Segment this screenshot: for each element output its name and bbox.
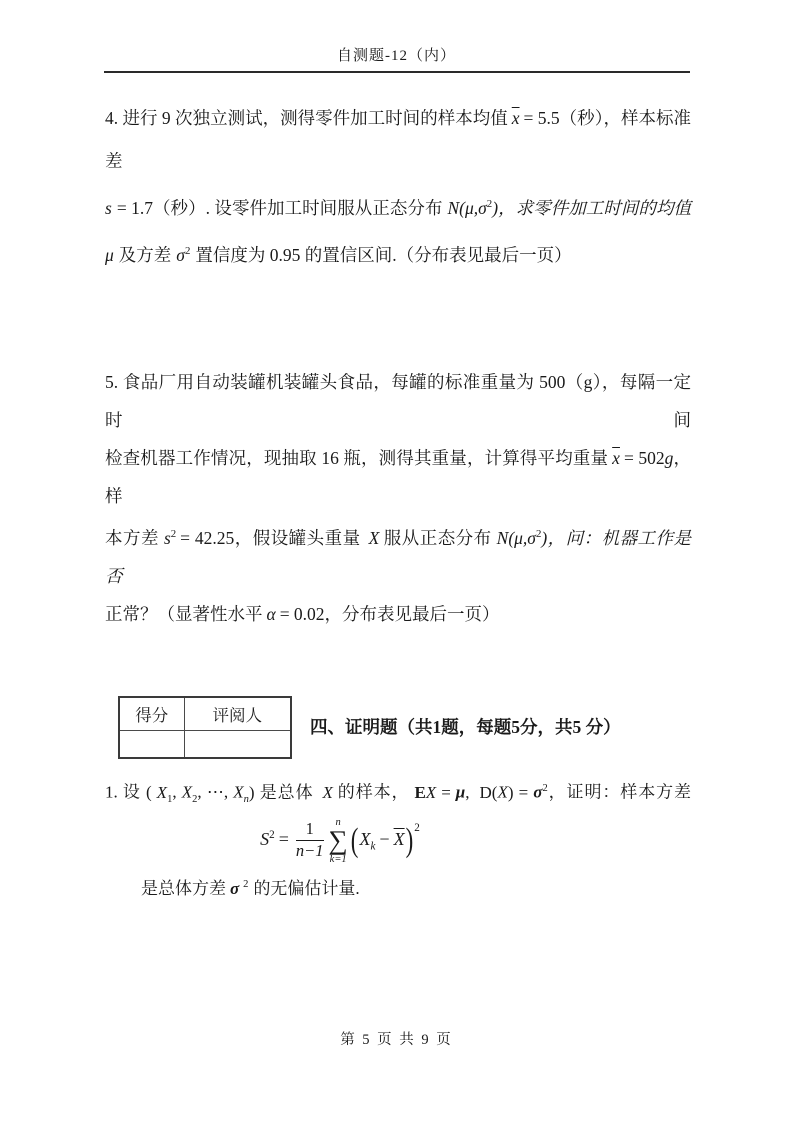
math-mu: μ: [105, 245, 114, 265]
text-run: ,: [465, 783, 469, 802]
math-X: X: [322, 783, 332, 802]
math-mu: μ: [456, 783, 465, 802]
page-footer: 第 5 页 共 9 页: [0, 1028, 793, 1049]
sigma-sum-icon: ∑: [329, 828, 348, 854]
score-label-cell: 得分: [119, 697, 184, 730]
math-superscript: 2: [414, 822, 420, 834]
reviewer-value-cell: [184, 730, 291, 758]
math-xbar: X: [394, 829, 405, 849]
text-run: = 0.02，分布表见最后一页）: [280, 604, 500, 624]
math-s: s: [164, 528, 171, 548]
math-subscript: k: [370, 841, 375, 853]
math-s: s: [105, 198, 112, 218]
text-line: 4. 进行 9 次独立测试，测得零件加工时间的样本均值x= 5.5（秒），样本标…: [105, 97, 691, 183]
question-4: 4. 进行 9 次独立测试，测得零件加工时间的样本均值x= 5.5（秒），样本标…: [105, 97, 691, 277]
text-run: ，证明：样本方差: [548, 783, 691, 802]
text-run: 置信度为 0.95 的置信区间.（分布表见最后一页）: [195, 245, 571, 265]
text-run: 及方差: [119, 245, 172, 265]
text-line: s= 1.7（秒）. 设零件加工时间服从正态分布N(μ,σ2)，求零件加工时间的…: [105, 183, 691, 230]
math-paren: )，求零件加工时间的均值: [492, 198, 691, 218]
math-sigma: σ: [230, 879, 239, 898]
text-line: 正常？（显著性水平α= 0.02，分布表见最后一页）: [105, 595, 691, 633]
math-X1: X: [157, 783, 167, 802]
math-E-operator: E: [414, 783, 425, 802]
exam-page: 自测题-12（内） 4. 进行 9 次独立测试，测得零件加工时间的样本均值x= …: [0, 0, 793, 1122]
text-run: 1. 设 (: [105, 783, 152, 802]
math-superscript: 2: [171, 528, 176, 540]
fraction-numerator: 1: [296, 820, 324, 841]
math-D-operator: D(: [480, 783, 498, 802]
text-run: , ⋯,: [197, 783, 233, 802]
text-line: μ及方差σ2置信度为 0.95 的置信区间.（分布表见最后一页）: [105, 230, 691, 277]
math-left-paren: (: [351, 800, 359, 881]
math-xbar: x: [512, 108, 520, 128]
math-alpha: α: [267, 604, 276, 624]
score-table-header-row: 得分 评阅人: [119, 697, 291, 730]
text-line: 5. 食品厂用自动装罐机装罐头食品，每罐的标准重量为 500（g），每隔一定时间: [105, 363, 691, 439]
math-sigma: σ: [176, 245, 185, 265]
math-superscript: 2: [243, 879, 248, 890]
question-5: 5. 食品厂用自动装罐机装罐头食品，每罐的标准重量为 500（g），每隔一定时间…: [105, 363, 691, 633]
math-X: X: [369, 528, 380, 548]
math-fraction: 1n−1: [296, 820, 324, 861]
text-run: 5. 食品厂用自动装罐机装罐头食品，每罐的标准重量为 500（g），每隔一定时间: [105, 372, 691, 430]
proof-conclusion-line: 是总体方差σ2的无偏估计量.: [141, 874, 360, 899]
math-superscript: 2: [185, 245, 190, 257]
math-Xk: X: [359, 829, 370, 849]
text-run: 正常？（显著性水平: [105, 604, 263, 624]
math-paren: ) =: [508, 783, 528, 802]
score-table-empty-row: [119, 730, 291, 758]
header-divider: [104, 71, 690, 73]
math-superscript: 2: [269, 829, 275, 841]
text-line: 本方差s2= 42.25，假设罐头重量X服从正态分布N(μ,σ2)，问：机器工作…: [105, 515, 691, 595]
text-run: 4. 进行 9 次独立测试，测得零件加工时间的样本均值: [105, 108, 508, 128]
text-run: ,: [172, 783, 181, 802]
summation-lower-limit: k=1: [329, 854, 348, 866]
score-value-cell: [119, 730, 184, 758]
text-run: 检查机器工作情况，现抽取 16 瓶，测得其重量，计算得平均重量: [105, 448, 608, 468]
text-run: 是总体方差: [141, 879, 226, 898]
math-Xn: X: [233, 783, 243, 802]
text-run: = 1.7（秒）. 设零件加工时间服从正态分布: [117, 198, 443, 218]
text-run: = 42.25，假设罐头重量: [180, 528, 360, 548]
math-normal-dist: N(μ,σ: [497, 528, 536, 548]
math-equals: =: [279, 829, 289, 849]
summation-symbol: n∑k=1: [329, 817, 348, 866]
fraction-denominator: n−1: [296, 841, 324, 861]
page-header-title: 自测题-12（内）: [0, 44, 793, 65]
math-xbar: x: [612, 448, 620, 468]
math-X: X: [426, 783, 436, 802]
text-run: 的样本，: [337, 783, 410, 802]
math-X2: X: [182, 783, 192, 802]
math-right-paren: ): [406, 800, 414, 881]
text-run: 本方差: [105, 528, 159, 548]
text-run: 服从正态分布: [383, 528, 491, 548]
math-equals: =: [441, 783, 451, 802]
math-X: X: [497, 783, 507, 802]
score-table: 得分 评阅人: [118, 696, 292, 759]
text-run: ) 是总体: [249, 783, 314, 802]
text-line: 检查机器工作情况，现抽取 16 瓶，测得其重量，计算得平均重量x= 502g，样: [105, 439, 691, 515]
section-4-title: 四、证明题（共1题，每题5分，共5 分）: [310, 714, 621, 739]
text-run: = 502: [624, 448, 665, 468]
reviewer-label-cell: 评阅人: [184, 697, 291, 730]
text-run: 的无偏估计量.: [253, 879, 359, 898]
sample-variance-formula: S2=1n−1n∑k=1(Xk−X)2: [105, 800, 575, 875]
math-S: S: [260, 829, 269, 849]
math-minus: −: [379, 829, 389, 849]
math-normal-dist: N(μ,σ: [447, 198, 486, 218]
